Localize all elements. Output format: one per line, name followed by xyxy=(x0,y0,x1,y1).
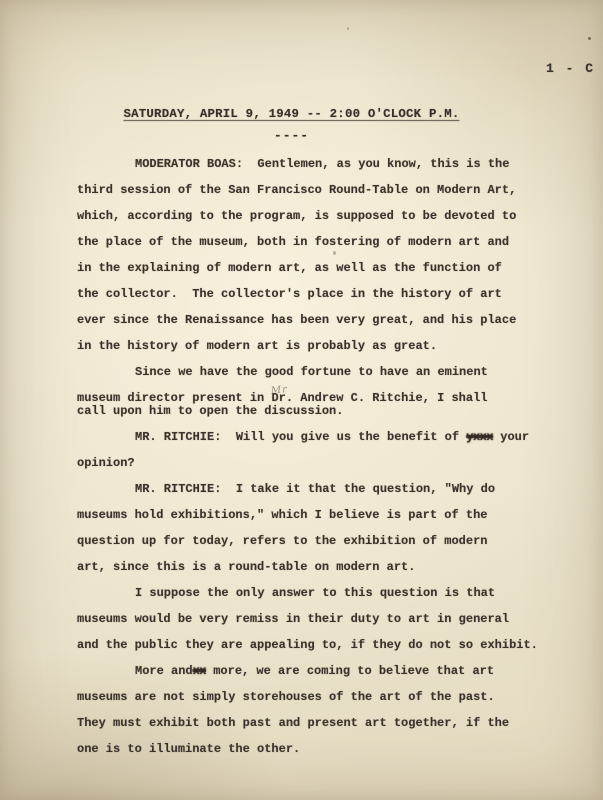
text-line: They must exhibit both past and present … xyxy=(77,710,557,736)
text-line: the collector. The collector's place in … xyxy=(77,281,557,307)
document-body: MODERATOR BOAS: Gentlemen, as you know, … xyxy=(77,151,557,762)
paragraph: Since we have the good fortune to have a… xyxy=(77,359,557,424)
pencil-annotation: Mr xyxy=(270,377,290,405)
annotated-text: Dr.Mr xyxy=(271,391,293,405)
text-line: museums hold exhibitions," which I belie… xyxy=(77,502,557,528)
text-line: opinion? xyxy=(77,450,557,476)
paragraph: MR. RITCHIE: Will you give us the benefi… xyxy=(77,424,557,476)
text-line: museums would be very remiss in their du… xyxy=(77,606,557,632)
page-number: 1 - C xyxy=(546,61,595,76)
text-line: and the public they are appealing to, if… xyxy=(77,632,557,658)
overstruck-text: xx xyxy=(193,664,206,678)
document-title: SATURDAY, APRIL 9, 1949 -- 2:00 O'CLOCK … xyxy=(124,107,460,121)
paragraph: MR. RITCHIE: I take it that the question… xyxy=(77,476,557,580)
text-line: the place of the museum, both in fosteri… xyxy=(77,229,557,255)
paper-speck xyxy=(347,27,349,30)
text-line: in the history of modern art is probably… xyxy=(77,333,557,359)
text-line: MODERATOR BOAS: Gentlemen, as you know, … xyxy=(77,151,557,177)
text-line: museums are not simply storehouses of th… xyxy=(77,684,557,710)
title-block: SATURDAY, APRIL 9, 1949 -- 2:00 O'CLOCK … xyxy=(0,104,583,122)
text-line: which, according to the program, is supp… xyxy=(77,203,557,229)
text-line: art, since this is a round-table on mode… xyxy=(77,554,557,580)
text-line: in the explaining of modern art, as well… xyxy=(77,255,557,281)
text-line: third session of the San Francisco Round… xyxy=(77,177,557,203)
text-line: one is to illuminate the other. xyxy=(77,736,557,762)
text-line: ever since the Renaissance has been very… xyxy=(77,307,557,333)
paragraph: I suppose the only answer to this questi… xyxy=(77,580,557,658)
text-line: More andxx more, we are coming to believ… xyxy=(77,658,557,684)
text-line: MR. RITCHIE: Will you give us the benefi… xyxy=(77,424,557,450)
text-line: question up for today, refers to the exh… xyxy=(77,528,557,554)
text-line: Since we have the good fortune to have a… xyxy=(77,359,557,385)
text-line: MR. RITCHIE: I take it that the question… xyxy=(77,476,557,502)
overstruck-text: yxxx xyxy=(466,430,493,444)
title-separator-dashes: ---- xyxy=(0,128,583,143)
paragraph: More andxx more, we are coming to believ… xyxy=(77,658,557,762)
paper-speck xyxy=(588,37,591,40)
text-line: I suppose the only answer to this questi… xyxy=(77,580,557,606)
paragraph: MODERATOR BOAS: Gentlemen, as you know, … xyxy=(77,151,557,359)
scanned-document-page: 1 - C SATURDAY, APRIL 9, 1949 -- 2:00 O'… xyxy=(0,0,603,800)
